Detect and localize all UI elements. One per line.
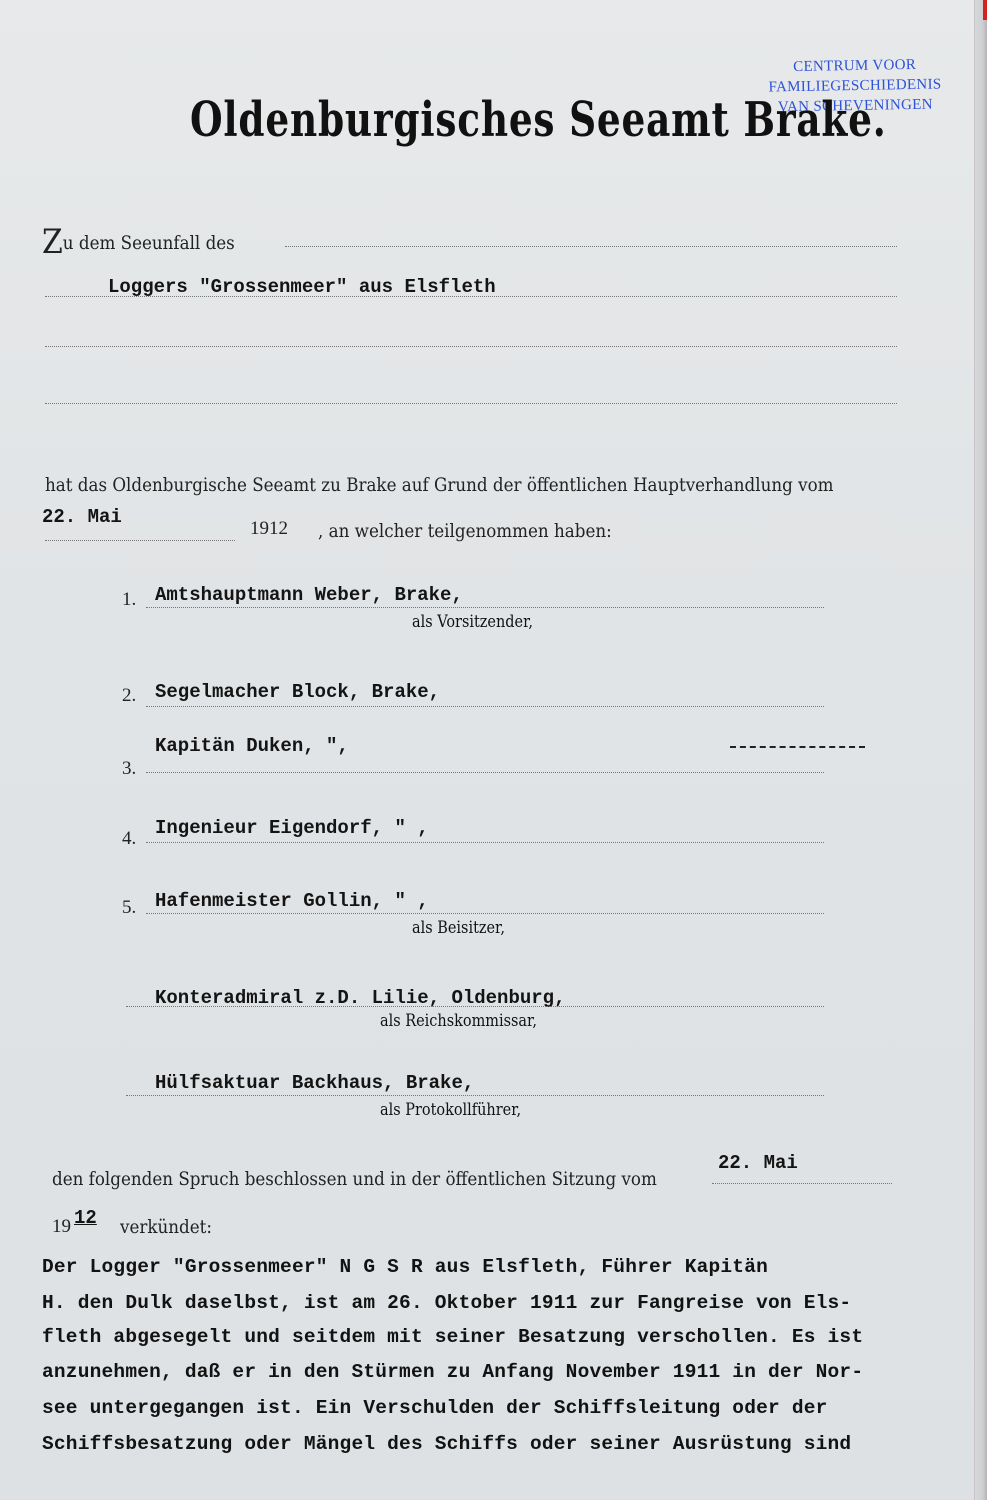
participant-role: als Reichskommissar, <box>380 1011 537 1031</box>
hearing-continuation: , an welcher teilgenommen haben: <box>318 520 612 542</box>
case-intro: Zu dem Seeunfall des <box>42 222 235 262</box>
body-line: see untergegangen ist. Ein Verschulden d… <box>42 1397 828 1419</box>
body-line: fleth abgesegelt und seitdem mit seiner … <box>42 1326 863 1348</box>
hearing-year: 1912 <box>250 518 288 540</box>
dotted-line <box>45 540 235 541</box>
verdict-intro: den folgenden Spruch beschlossen und in … <box>52 1168 657 1190</box>
participant-name: Segelmacher Block, Brake, <box>155 681 440 703</box>
case-intro-text: u dem Seeunfall des <box>63 232 235 254</box>
dotted-line <box>285 246 897 247</box>
participant-name: Kapitän Duken, ", <box>155 735 349 757</box>
dotted-line <box>146 607 824 608</box>
typed-rule <box>730 746 865 748</box>
verdict-date: 22. Mai <box>718 1152 798 1174</box>
participant-number: 4. <box>122 828 136 850</box>
participant-name: Ingenieur Eigendorf, " , <box>155 817 429 839</box>
dotted-line <box>146 706 824 707</box>
participant-name: Hafenmeister Gollin, " , <box>155 890 429 912</box>
participant-name: Amtshauptmann Weber, Brake, <box>155 584 463 606</box>
dotted-line <box>45 296 897 297</box>
participant-name: Hülfsaktuar Backhaus, Brake, <box>155 1072 474 1094</box>
body-line: H. den Dulk daselbst, ist am 26. Oktober… <box>42 1292 851 1314</box>
page-edge-marker <box>983 0 987 20</box>
participant-role: als Vorsitzender, <box>412 612 533 632</box>
body-line: anzunehmen, daß er in den Stürmen zu Anf… <box>42 1361 863 1383</box>
body-line: Schiffsbesatzung oder Mängel des Schiffs… <box>42 1433 851 1455</box>
dotted-line <box>45 403 897 404</box>
participant-number: 2. <box>122 685 136 707</box>
participant-role: als Beisitzer, <box>412 918 505 938</box>
dotted-line <box>126 1095 824 1096</box>
dotted-line <box>146 842 824 843</box>
dotted-line <box>146 913 824 914</box>
dotted-line <box>126 1006 824 1007</box>
verdict-year-suffix: 12 <box>74 1207 97 1229</box>
hearing-intro: hat das Oldenburgische Seeamt zu Brake a… <box>45 474 834 496</box>
participant-number: 5. <box>122 897 136 919</box>
vessel-name: Loggers "Grossenmeer" aus Elsfleth <box>108 276 496 298</box>
body-line: Der Logger "Grossenmeer" N G S R aus Els… <box>42 1256 768 1278</box>
dotted-line <box>146 772 824 773</box>
document-title: Oldenburgisches Seeamt Brake. <box>190 92 642 148</box>
dotted-line <box>45 346 897 347</box>
hearing-date: 22. Mai <box>42 506 122 528</box>
case-intro-initial: Z <box>42 222 63 262</box>
page-edge <box>974 0 987 1500</box>
participant-number: 3. <box>122 758 136 780</box>
verdict-announced: verkündet: <box>120 1216 212 1238</box>
participant-number: 1. <box>122 589 136 611</box>
verdict-year-prefix: 19 <box>52 1216 71 1238</box>
dotted-line <box>712 1183 892 1184</box>
participant-role: als Protokollführer, <box>380 1100 521 1120</box>
